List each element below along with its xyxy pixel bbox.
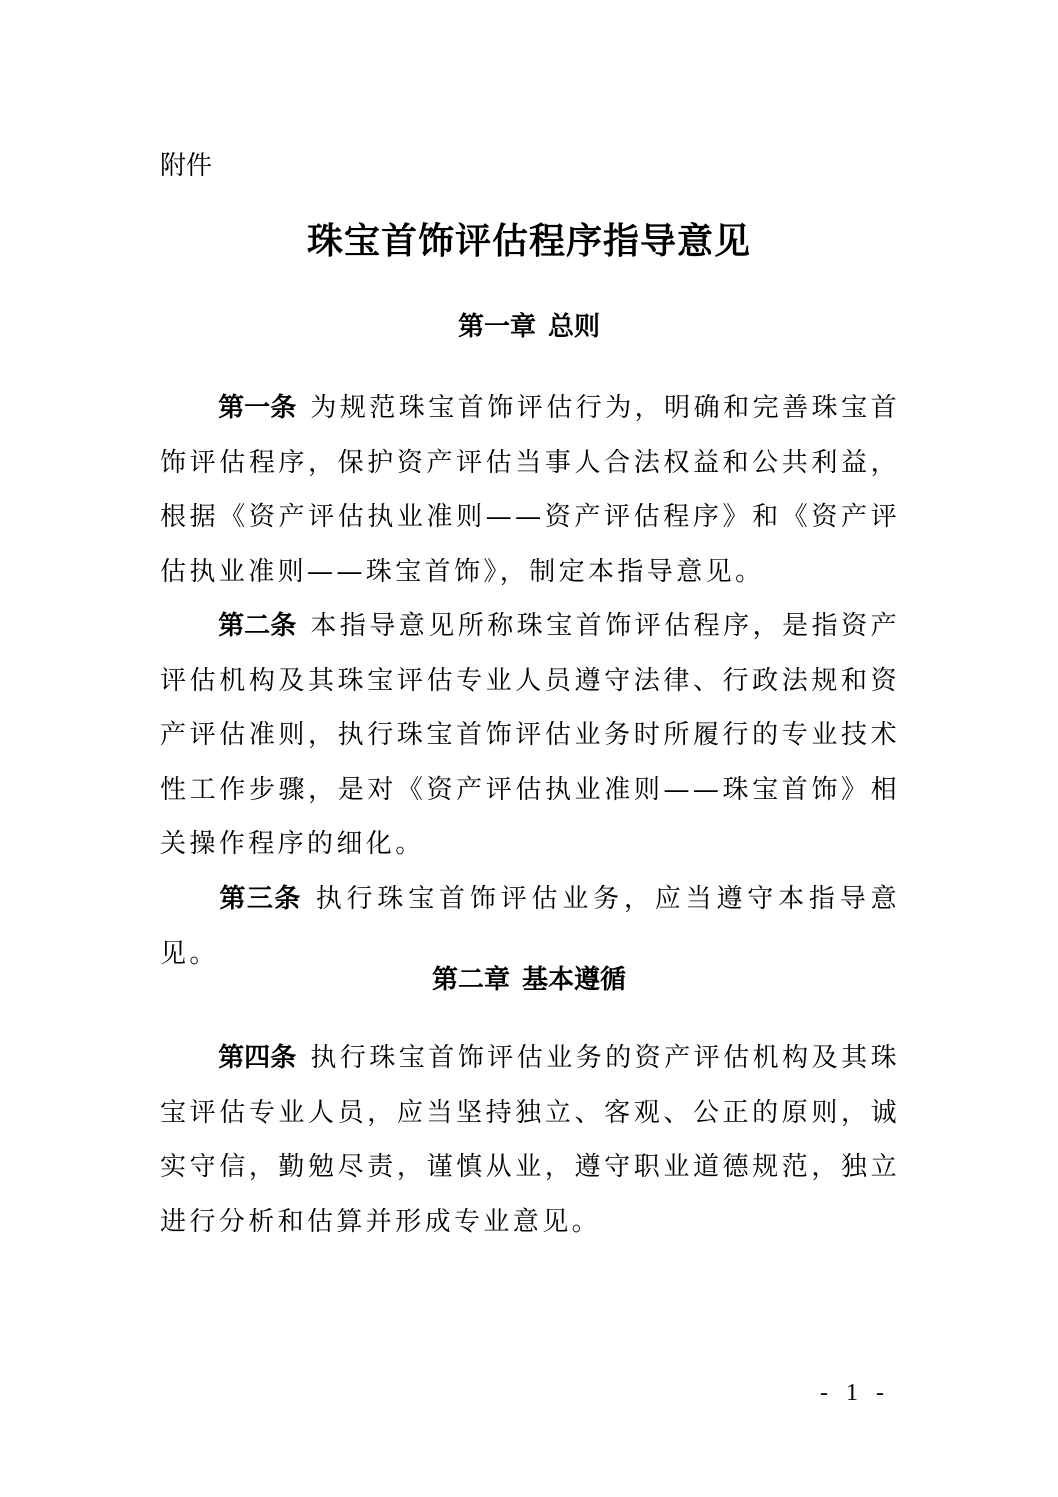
chapter-heading-2: 第二章基本遵循 <box>0 960 1058 1000</box>
chapter-name: 总则 <box>548 312 600 342</box>
article-1: 第一条为规范珠宝首饰评估行为，明确和完善珠宝首饰评估程序，保护资产评估当事人合法… <box>160 381 900 599</box>
article-label: 第三条 <box>218 884 302 914</box>
chapter-number: 第二章 <box>432 965 510 995</box>
page-number: - 1 - <box>820 1378 890 1408</box>
article-2: 第二条本指导意见所称珠宝首饰评估程序，是指资产评估机构及其珠宝评估专业人员遵守法… <box>160 599 900 872</box>
article-label: 第四条 <box>218 1043 296 1073</box>
chapter-heading-1: 第一章总则 <box>0 307 1058 347</box>
chapter-name: 基本遵循 <box>522 965 626 995</box>
article-label: 第一条 <box>218 393 296 423</box>
attachment-label: 附件 <box>160 146 212 186</box>
document-page: 附件 珠宝首饰评估程序指导意见 第一章总则 第一条为规范珠宝首饰评估行为，明确和… <box>0 0 1058 1497</box>
article-text: 本指导意见所称珠宝首饰评估程序，是指资产评估机构及其珠宝评估专业人员遵守法律、行… <box>160 611 900 859</box>
article-label: 第二条 <box>218 611 296 641</box>
chapter-number: 第一章 <box>458 312 536 342</box>
document-title: 珠宝首饰评估程序指导意见 <box>0 216 1058 268</box>
article-4: 第四条执行珠宝首饰评估业务的资产评估机构及其珠宝评估专业人员，应当坚持独立、客观… <box>160 1031 900 1249</box>
